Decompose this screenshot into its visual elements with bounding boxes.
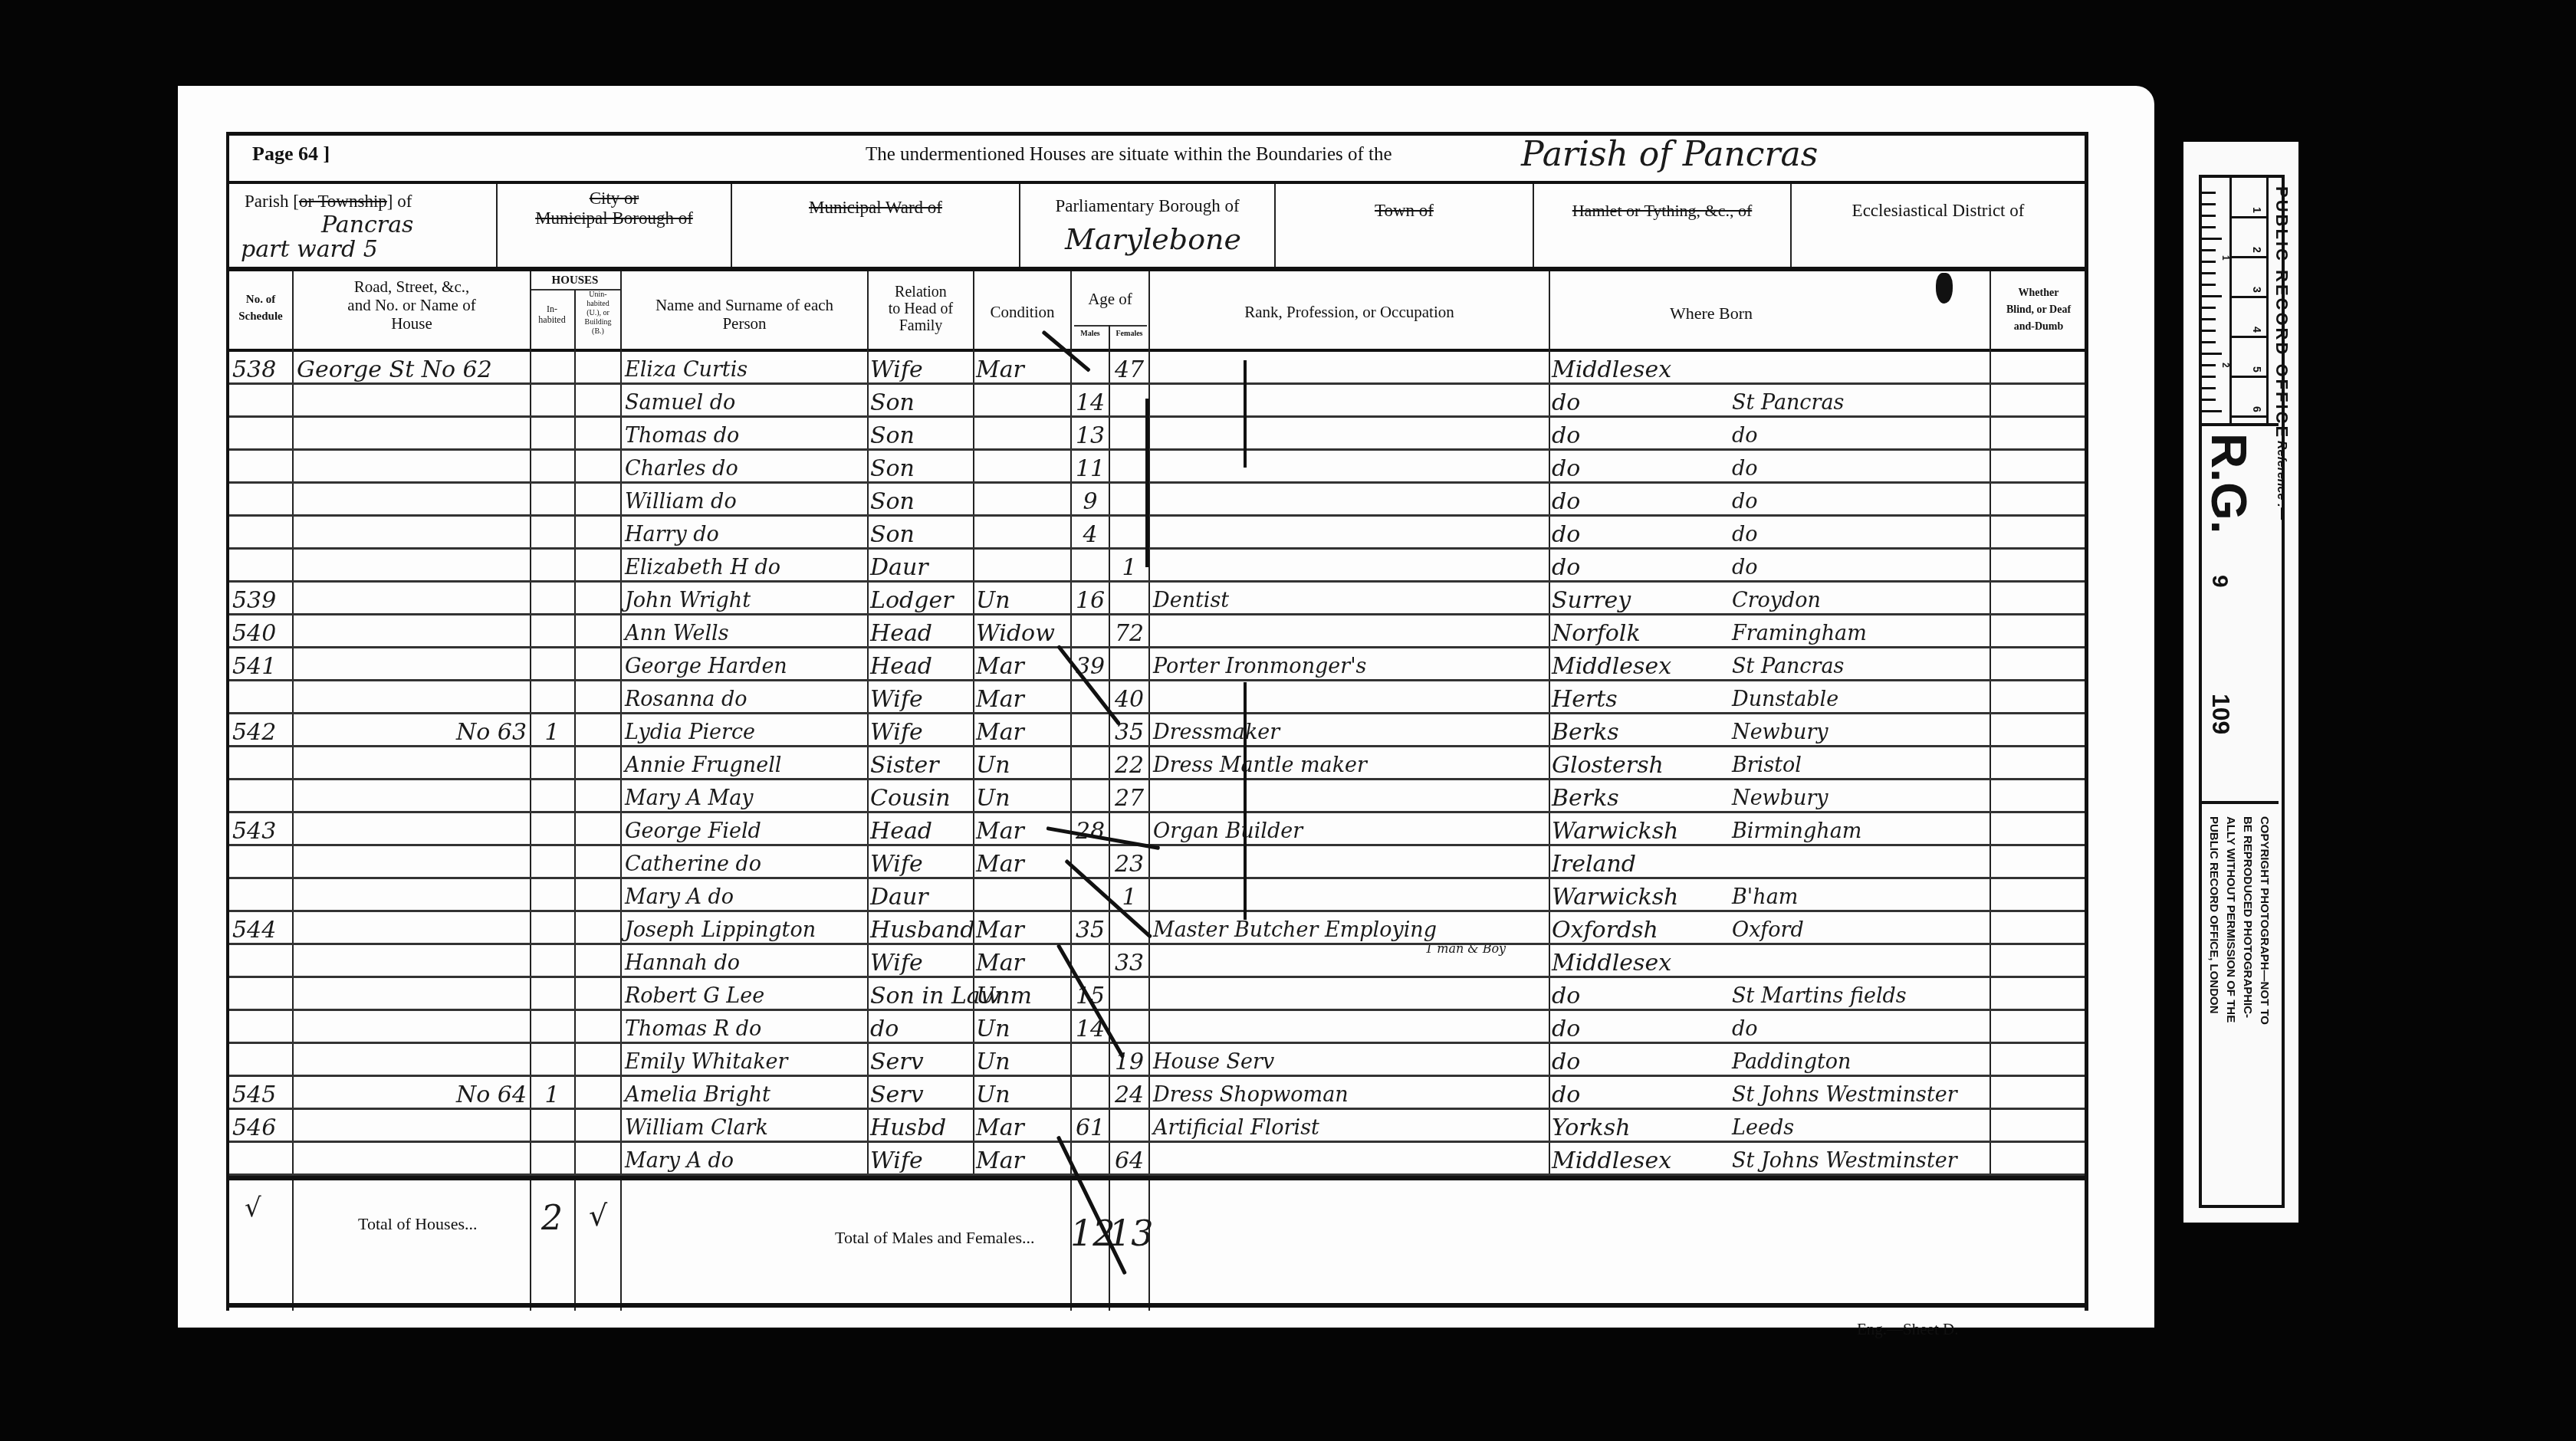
cell-name: Amelia Bright bbox=[625, 1082, 867, 1109]
cell-name: Elizabeth H do bbox=[625, 554, 867, 582]
ruler-tick bbox=[2202, 341, 2216, 343]
cell-born-county: Warwicksh bbox=[1552, 884, 1736, 911]
cell-inhabited: 1 bbox=[530, 1082, 574, 1109]
table-row: Charles doSon11dodo bbox=[229, 451, 2085, 487]
cell-condition: Mar bbox=[976, 851, 1069, 878]
table-row: 540Ann WellsHeadWidow72NorfolkFramingham bbox=[229, 615, 2085, 652]
cell-name: Mary A May bbox=[625, 785, 867, 812]
ruler-tick bbox=[2202, 376, 2216, 378]
cell-born-place: B'ham bbox=[1732, 884, 1985, 911]
table-row: Robert G LeeSon in LawUnm15doSt Martins … bbox=[229, 978, 2085, 1014]
cell-born-place: Croydon bbox=[1732, 587, 1985, 615]
ruler-tick bbox=[2202, 238, 2222, 240]
cell-born-place: St Johns Westminster bbox=[1732, 1147, 1985, 1175]
cell-relation: Serv bbox=[870, 1082, 973, 1109]
cell-name: George Field bbox=[625, 818, 867, 845]
scale-cell: 5 bbox=[2232, 337, 2266, 378]
cell-born-place: do bbox=[1732, 488, 1985, 516]
cell-relation: Wife bbox=[870, 686, 973, 714]
parish-ward-value: part ward 5 bbox=[241, 236, 378, 263]
cell-born-county: do bbox=[1552, 389, 1736, 417]
cell-born-place: Oxford bbox=[1732, 917, 1985, 944]
cell-born-place: Bristol bbox=[1732, 752, 1985, 780]
cell-condition: Un bbox=[976, 1049, 1069, 1076]
cell-female-age: 27 bbox=[1110, 785, 1148, 812]
scale-number: 4 bbox=[2251, 327, 2263, 333]
left-tick: √ bbox=[245, 1193, 261, 1223]
cell-born-place: Newbury bbox=[1732, 785, 1985, 812]
cell-born-county: Glostersh bbox=[1552, 752, 1736, 780]
col-header-uninhabited: Unin-habited(U.), orBuilding(B.) bbox=[576, 290, 620, 336]
cell-born-county: do bbox=[1552, 488, 1736, 516]
cell-occupation: Artificial Florist bbox=[1153, 1114, 1549, 1142]
reference-series: R.G. bbox=[2200, 433, 2257, 534]
cell-condition: Mar bbox=[976, 719, 1069, 747]
cell-condition: Mar bbox=[976, 950, 1069, 977]
scale-number: 1 bbox=[2251, 207, 2263, 213]
table-row: 539John WrightLodgerUn16DentistSurreyCro… bbox=[229, 583, 2085, 619]
cell-born-county: Herts bbox=[1552, 686, 1736, 714]
ink-blot bbox=[1936, 273, 1953, 304]
cell-born-county: do bbox=[1552, 1082, 1736, 1109]
cell-road: No 63 bbox=[297, 719, 527, 747]
table-row: Harry doSon4dodo bbox=[229, 517, 2085, 553]
cell-female-age: 33 bbox=[1110, 950, 1148, 977]
cell-relation: Son bbox=[870, 389, 973, 417]
total-persons-label: Total of Males and Females... bbox=[835, 1228, 1035, 1248]
cell-relation: Wife bbox=[870, 356, 973, 384]
cell-relation: Head bbox=[870, 620, 973, 648]
table-row: Rosanna doWifeMar40HertsDunstable bbox=[229, 681, 2085, 717]
cell-occupation: Organ Builder bbox=[1153, 818, 1549, 845]
ecclesiastical-district-label: Ecclesiastical District of bbox=[1792, 201, 2085, 221]
cell-relation: Son bbox=[870, 521, 973, 549]
cell-born-county: Norfolk bbox=[1552, 620, 1736, 648]
cell-schedule: 544 bbox=[232, 917, 292, 944]
reference-label: Reference :— bbox=[2274, 441, 2288, 520]
cell-born-place: St Martins fields bbox=[1732, 983, 1985, 1010]
cell-schedule: 545 bbox=[232, 1082, 292, 1109]
table-row: 545No 641Amelia BrightServUn24Dress Shop… bbox=[229, 1077, 2085, 1113]
total-houses-label: Total of Houses... bbox=[358, 1214, 478, 1234]
cell-road: No 64 bbox=[297, 1082, 527, 1109]
cell-name: Catherine do bbox=[625, 851, 867, 878]
cell-born-county: Middlesex bbox=[1552, 950, 1736, 977]
cell-name: John Wright bbox=[625, 587, 867, 615]
cell-name: Charles do bbox=[625, 455, 867, 483]
table-row: 543George FieldHeadMar28Organ BuilderWar… bbox=[229, 813, 2085, 849]
sheet-label: Eng.—Sheet D. bbox=[1857, 1320, 1958, 1339]
cell-born-county: Middlesex bbox=[1552, 356, 1736, 384]
boundaries-value: Parish of Pancras bbox=[1521, 135, 1818, 174]
cell-male-age: 14 bbox=[1072, 389, 1109, 417]
ruler-tick bbox=[2202, 364, 2216, 366]
divider bbox=[229, 181, 2085, 184]
municipal-borough-label: City or Municipal Borough of bbox=[498, 189, 731, 228]
cell-male-age: 16 bbox=[1072, 587, 1109, 615]
cell-female-age: 72 bbox=[1110, 620, 1148, 648]
bracket-mark bbox=[1244, 360, 1247, 468]
cell-relation: Head bbox=[870, 653, 973, 681]
cell-male-age: 11 bbox=[1072, 455, 1109, 483]
cell-relation: Cousin bbox=[870, 785, 973, 812]
inch-mark: 1 bbox=[2220, 255, 2231, 261]
ruler-tick bbox=[2202, 249, 2216, 251]
cell-born-county: Berks bbox=[1552, 785, 1736, 812]
ruler-tick bbox=[2202, 203, 2216, 205]
table-row: 542No 631Lydia PierceWifeMar35Dressmaker… bbox=[229, 714, 2085, 750]
table-row: Mary A doWifeMar64MiddlesexSt Johns West… bbox=[229, 1143, 2085, 1179]
table-row: Hannah doWifeMar33Middlesex bbox=[229, 945, 2085, 981]
parliamentary-borough-value: Marylebone bbox=[1065, 222, 1241, 256]
col-header-road: Road, Street, &c.,and No. or Name ofHous… bbox=[294, 277, 530, 333]
col-header-males: Males bbox=[1072, 330, 1109, 338]
cell-name: George Harden bbox=[625, 653, 867, 681]
cell-born-place: do bbox=[1732, 422, 1985, 450]
ruler-tick bbox=[2202, 272, 2216, 274]
cell-schedule: 546 bbox=[232, 1114, 292, 1142]
table-row: Thomas R dodoUn14dodo bbox=[229, 1011, 2085, 1047]
cell-relation: Wife bbox=[870, 719, 973, 747]
cell-born-place: Dunstable bbox=[1732, 686, 1985, 714]
total-houses-tick: √ bbox=[576, 1199, 620, 1233]
reference-strip: 12345612 PUBLIC RECORD OFFICE Reference … bbox=[2183, 142, 2298, 1223]
col-header-females: Females bbox=[1110, 330, 1148, 338]
cell-born-county: Berks bbox=[1552, 719, 1736, 747]
cell-relation: do bbox=[870, 1016, 973, 1043]
col-header-condition: Condition bbox=[974, 302, 1070, 322]
census-form: Page 64 ] The undermentioned Houses are … bbox=[226, 132, 2088, 1311]
ruler-tick bbox=[2202, 261, 2216, 263]
cell-condition: Mar bbox=[976, 917, 1069, 944]
cell-born-county: Warwicksh bbox=[1552, 818, 1736, 845]
cell-born-place: Framingham bbox=[1732, 620, 1985, 648]
cell-born-county: Middlesex bbox=[1552, 1147, 1736, 1175]
hamlet-label: Hamlet or Tything, &c., of bbox=[1534, 201, 1790, 221]
ruler-tick bbox=[2202, 387, 2216, 389]
cell-schedule: 538 bbox=[232, 356, 292, 384]
cell-inhabited: 1 bbox=[530, 719, 574, 747]
cell-condition: Mar bbox=[976, 1114, 1069, 1142]
cell-relation: Son bbox=[870, 455, 973, 483]
cell-name: Eliza Curtis bbox=[625, 356, 867, 384]
cell-female-age: 22 bbox=[1110, 752, 1148, 780]
scale-cell: 4 bbox=[2232, 297, 2266, 338]
cell-born-county: Yorksh bbox=[1552, 1114, 1736, 1142]
table-row: Samuel doSon14doSt Pancras bbox=[229, 385, 2085, 421]
cell-born-place: St Pancras bbox=[1732, 653, 1985, 681]
ruler-tick bbox=[2202, 410, 2222, 412]
cell-relation: Wife bbox=[870, 851, 973, 878]
table-row: Mary A doDaur1WarwickshB'ham bbox=[229, 879, 2085, 915]
cell-born-county: do bbox=[1552, 1049, 1736, 1076]
cell-name: Rosanna do bbox=[625, 686, 867, 714]
cell-born-place: Leeds bbox=[1732, 1114, 1985, 1142]
totals-divider bbox=[229, 1176, 2085, 1180]
cell-name: Mary A do bbox=[625, 884, 867, 911]
cell-born-place: Newbury bbox=[1732, 719, 1985, 747]
cell-occupation: Porter Ironmonger's bbox=[1153, 653, 1549, 681]
total-houses-inhabited: 2 bbox=[530, 1199, 574, 1238]
strip-title: PUBLIC RECORD OFFICE bbox=[2272, 186, 2292, 439]
cell-name: Annie Frugnell bbox=[625, 752, 867, 780]
cell-road: George St No 62 bbox=[297, 356, 527, 384]
cell-relation: Sister bbox=[870, 752, 973, 780]
table-row: Catherine doWifeMar23Ireland bbox=[229, 846, 2085, 882]
cell-born-county: Ireland bbox=[1552, 851, 1736, 878]
scale-number: 2 bbox=[2251, 247, 2263, 253]
scale-cell: 6 bbox=[2232, 377, 2266, 418]
cell-born-place: Paddington bbox=[1732, 1049, 1985, 1076]
cell-female-age: 47 bbox=[1110, 356, 1148, 384]
col-header-name: Name and Surname of eachPerson bbox=[622, 296, 867, 333]
cell-name: Ann Wells bbox=[625, 620, 867, 648]
table-row: Emily WhitakerServUn19House ServdoPaddin… bbox=[229, 1044, 2085, 1080]
cell-condition: Mar bbox=[976, 356, 1069, 384]
cell-born-county: Oxfordsh bbox=[1552, 917, 1736, 944]
cell-condition: Mar bbox=[976, 653, 1069, 681]
cell-born-county: Surrey bbox=[1552, 587, 1736, 615]
cell-schedule: 539 bbox=[232, 587, 292, 615]
cell-name: Hannah do bbox=[625, 950, 867, 977]
cell-female-age: 64 bbox=[1110, 1147, 1148, 1175]
ruler-tick bbox=[2202, 192, 2216, 194]
cell-occupation: Dentist bbox=[1153, 587, 1549, 615]
cell-name: Lydia Pierce bbox=[625, 719, 867, 747]
cell-name: Thomas R do bbox=[625, 1016, 867, 1043]
cell-born-place: do bbox=[1732, 1016, 1985, 1043]
inch-mark: 2 bbox=[2220, 363, 2231, 368]
cell-condition: Un bbox=[976, 752, 1069, 780]
cell-name: Mary A do bbox=[625, 1147, 867, 1175]
cell-relation: Serv bbox=[870, 1049, 973, 1076]
parish-label: Parish [or Township] of bbox=[245, 192, 412, 212]
cell-name: Harry do bbox=[625, 521, 867, 549]
cell-born-county: do bbox=[1552, 422, 1736, 450]
copyright-notice: COPYRIGHT PHOTOGRAPH—NOT TO BE REPRODUCE… bbox=[2205, 816, 2272, 1025]
cell-condition: Un bbox=[976, 1082, 1069, 1109]
col-header-age: Age of bbox=[1072, 289, 1148, 309]
cell-born-county: do bbox=[1552, 554, 1736, 582]
cell-schedule: 540 bbox=[232, 620, 292, 648]
cell-name: Thomas do bbox=[625, 422, 867, 450]
table-row: Mary A MayCousinUn27BerksNewbury bbox=[229, 780, 2085, 816]
cell-male-age: 35 bbox=[1072, 917, 1109, 944]
table-row: Elizabeth H doDaur1dodo bbox=[229, 550, 2085, 586]
table-row: 544Joseph LippingtonHusbandMar35Master B… bbox=[229, 912, 2085, 948]
cell-female-age: 24 bbox=[1110, 1082, 1148, 1109]
ruler-tick bbox=[2202, 295, 2222, 297]
cell-born-county: do bbox=[1552, 455, 1736, 483]
cell-male-age: 13 bbox=[1072, 422, 1109, 450]
cell-condition: Unm bbox=[976, 983, 1069, 1010]
col-header-blind: WhetherBlind, or Deafand-Dumb bbox=[1993, 285, 2085, 336]
cell-born-county: Middlesex bbox=[1552, 653, 1736, 681]
cell-relation: Son bbox=[870, 488, 973, 516]
cell-female-age: 23 bbox=[1110, 851, 1148, 878]
cell-occupation: Dressmaker bbox=[1153, 719, 1549, 747]
bracket-mark bbox=[1145, 399, 1149, 567]
page-number: Page 64 ] bbox=[252, 143, 330, 166]
ruler-tick bbox=[2202, 399, 2216, 401]
cell-occupation: Dress Mantle maker bbox=[1153, 752, 1549, 780]
cell-relation: Lodger bbox=[870, 587, 973, 615]
cell-occupation: Dress Shopwoman bbox=[1153, 1082, 1549, 1109]
ruler-tick bbox=[2202, 226, 2216, 228]
cell-condition: Un bbox=[976, 785, 1069, 812]
cell-born-county: do bbox=[1552, 521, 1736, 549]
cell-name: Joseph Lippington bbox=[625, 917, 867, 944]
reference-folio: 109 bbox=[2206, 694, 2235, 734]
cell-condition: Un bbox=[976, 587, 1069, 615]
cell-schedule: 541 bbox=[232, 653, 292, 681]
divider bbox=[229, 267, 2085, 271]
cell-born-place: do bbox=[1732, 521, 1985, 549]
cell-name: Emily Whitaker bbox=[625, 1049, 867, 1076]
reference-piece: 9 bbox=[2206, 575, 2233, 588]
cell-born-place: Birmingham bbox=[1732, 818, 1985, 845]
cell-occupation: House Serv bbox=[1153, 1049, 1549, 1076]
cell-relation: Daur bbox=[870, 554, 973, 582]
table-row: 546William ClarkHusbdMar61Artificial Flo… bbox=[229, 1110, 2085, 1146]
cell-male-age: 4 bbox=[1072, 521, 1109, 549]
cell-schedule: 542 bbox=[232, 719, 292, 747]
table-row: Thomas doSon13dodo bbox=[229, 418, 2085, 454]
cell-relation: Husbd bbox=[870, 1114, 973, 1142]
cell-relation: Son in Law bbox=[870, 983, 973, 1010]
cell-condition: Mar bbox=[976, 1147, 1069, 1175]
cell-relation: Son bbox=[870, 422, 973, 450]
scale-cell: 1 bbox=[2232, 178, 2266, 218]
table-row: William doSon9dodo bbox=[229, 484, 2085, 520]
ruler-tick bbox=[2202, 284, 2216, 286]
col-header-occupation: Rank, Profession, or Occupation bbox=[1150, 302, 1549, 322]
boundaries-text: The undermentioned Houses are situate wi… bbox=[866, 144, 1392, 166]
cell-female-age: 40 bbox=[1110, 686, 1148, 714]
cell-schedule: 543 bbox=[232, 818, 292, 845]
cell-relation: Wife bbox=[870, 950, 973, 977]
col-header-relation: Relationto Head ofFamily bbox=[869, 284, 973, 334]
cell-born-county: do bbox=[1552, 983, 1736, 1010]
cell-relation: Daur bbox=[870, 884, 973, 911]
cell-name: William do bbox=[625, 488, 867, 516]
cell-female-age: 1 bbox=[1110, 554, 1148, 582]
cell-relation: Wife bbox=[870, 1147, 973, 1175]
cell-male-age: 61 bbox=[1072, 1114, 1109, 1142]
cell-condition: Un bbox=[976, 1016, 1069, 1043]
table-row: Annie FrugnellSisterUn22Dress Mantle mak… bbox=[229, 747, 2085, 783]
town-label: Town of bbox=[1276, 201, 1533, 221]
ruler-tick bbox=[2202, 307, 2216, 309]
col-header-schedule: No. ofSchedule bbox=[229, 291, 292, 325]
cell-relation: Head bbox=[870, 818, 973, 845]
table-row: 538George St No 62Eliza CurtisWifeMar47M… bbox=[229, 352, 2085, 388]
form-bottom-border bbox=[229, 1303, 2085, 1308]
cell-name: Samuel do bbox=[625, 389, 867, 417]
parliamentary-borough-label: Parliamentary Borough of bbox=[1020, 196, 1274, 216]
cell-female-age: 19 bbox=[1110, 1049, 1148, 1076]
cell-born-place: St Pancras bbox=[1732, 389, 1985, 417]
table-row: 541George HardenHeadMar39Porter Ironmong… bbox=[229, 648, 2085, 684]
cell-name: Robert G Lee bbox=[625, 983, 867, 1010]
scale-number: 6 bbox=[2251, 406, 2263, 412]
municipal-ward-label: Municipal Ward of bbox=[732, 198, 1019, 218]
col-header-houses: HOUSES bbox=[530, 274, 620, 287]
cell-male-age: 9 bbox=[1072, 488, 1109, 516]
cell-born-place: do bbox=[1732, 455, 1985, 483]
cell-born-place: St Johns Westminster bbox=[1732, 1082, 1985, 1109]
bracket-mark bbox=[1244, 682, 1247, 920]
scale-number: 5 bbox=[2251, 366, 2263, 373]
ruler-tick bbox=[2202, 215, 2216, 217]
cell-condition: Widow bbox=[976, 620, 1069, 648]
col-header-where-born: Where Born bbox=[1550, 304, 1872, 323]
cell-born-place: do bbox=[1732, 554, 1985, 582]
cell-born-county: do bbox=[1552, 1016, 1736, 1043]
cell-relation: Husband bbox=[870, 917, 973, 944]
scale-cell: 2 bbox=[2232, 218, 2266, 258]
scale-cell: 3 bbox=[2232, 258, 2266, 298]
ruler-tick bbox=[2202, 318, 2216, 320]
cell-name: William Clark bbox=[625, 1114, 867, 1142]
parish-value: Pancras bbox=[321, 212, 413, 238]
cell-condition: Mar bbox=[976, 686, 1069, 714]
col-header-inhabited: In-habited bbox=[530, 304, 574, 325]
ruler-tick bbox=[2202, 330, 2216, 332]
ruler-tick bbox=[2202, 353, 2222, 355]
scale-number: 3 bbox=[2251, 287, 2263, 293]
